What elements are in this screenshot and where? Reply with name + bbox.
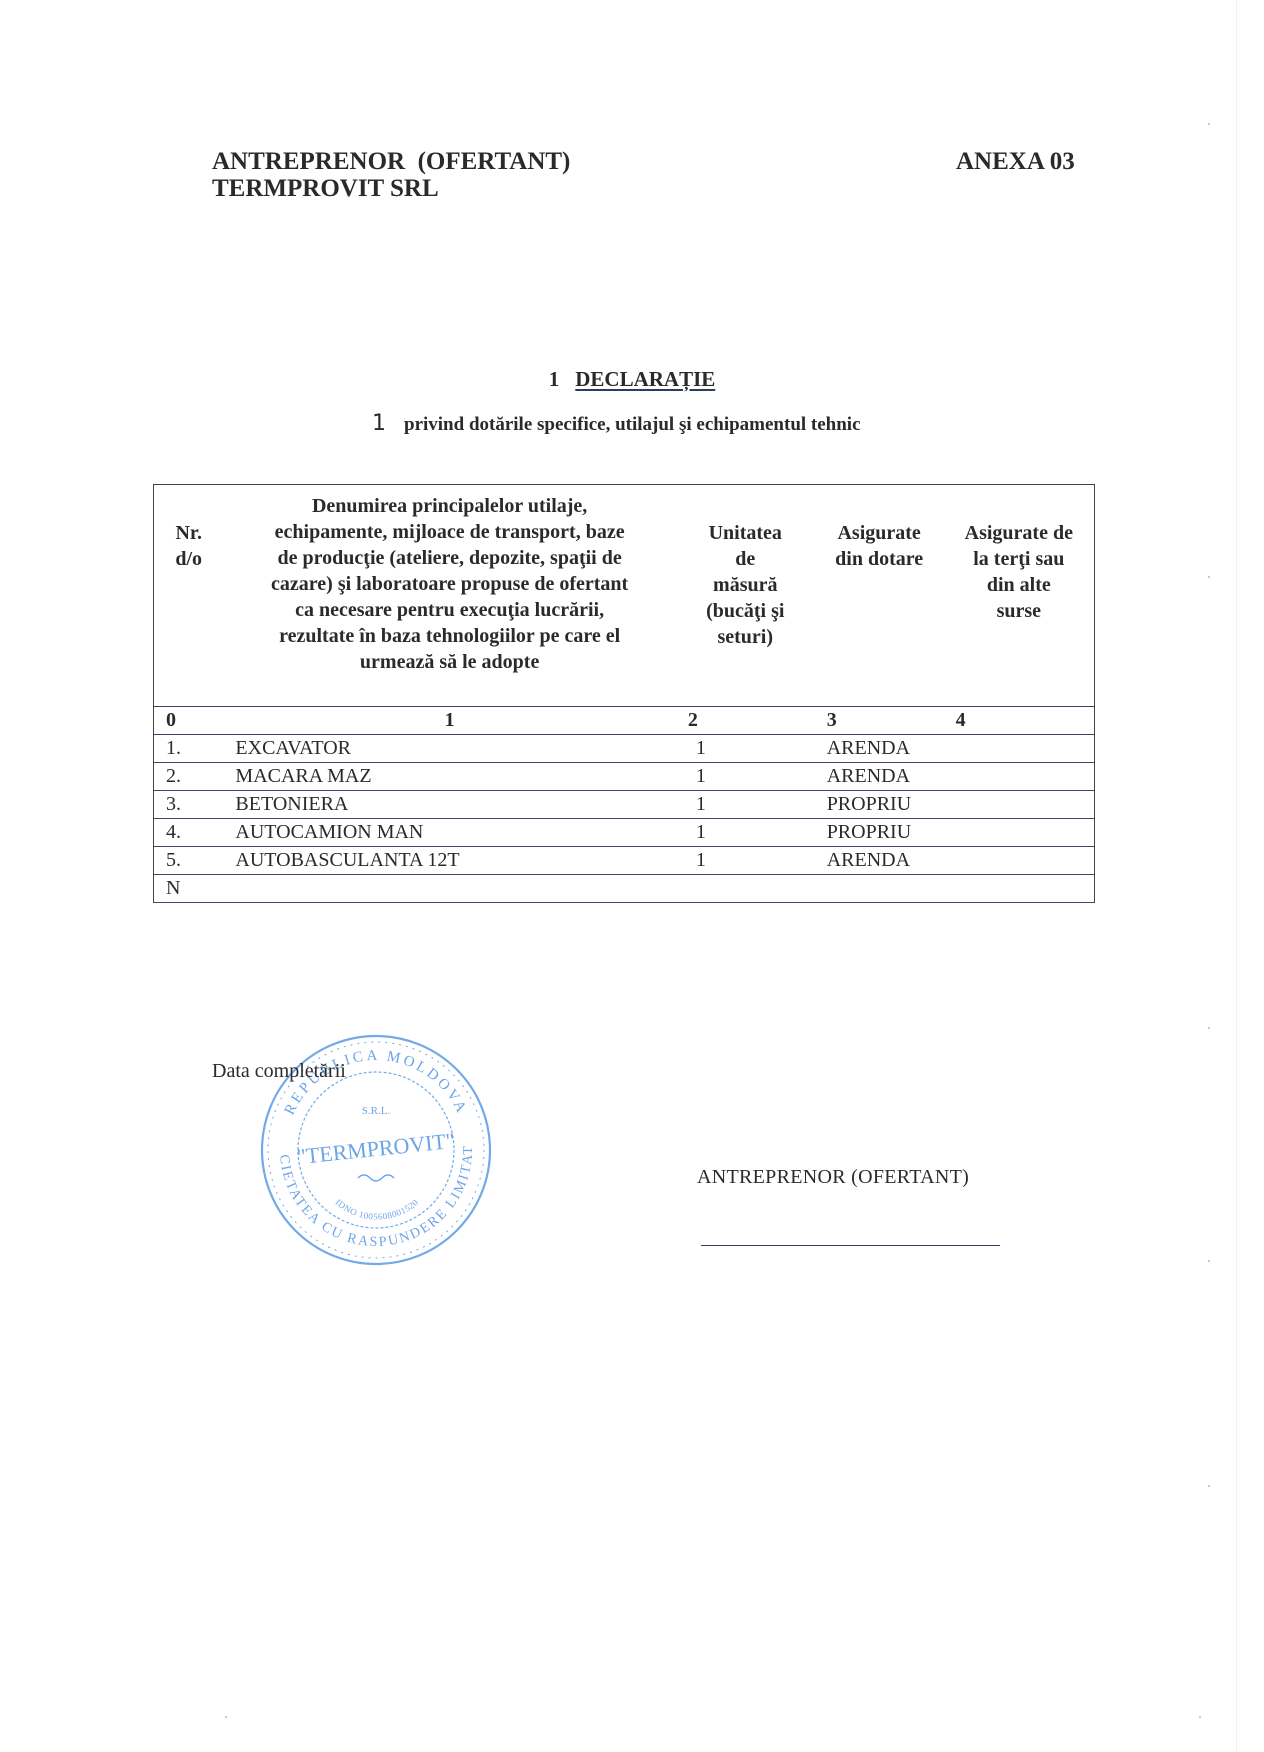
header-line: de <box>676 546 815 572</box>
table-row: 2. MACARA MAZ 1 ARENDA <box>154 763 1095 791</box>
header-line: urmează să le adopte <box>223 649 675 675</box>
contractor-role: ANTREPRENOR (OFERTANT) <box>212 148 570 175</box>
equipment-name: AUTOCAMION MAN <box>223 819 675 847</box>
own-equipment: ARENDA <box>815 763 944 791</box>
header-line: (bucăţi şi <box>676 598 815 624</box>
third-party <box>944 847 1095 875</box>
table-row: 1. EXCAVATOR 1 ARENDA <box>154 735 1095 763</box>
header-line: echipamente, mijloace de transport, baze <box>223 519 675 545</box>
equipment-name: BETONIERA <box>223 791 675 819</box>
unit-quantity: 1 <box>676 735 815 763</box>
column-index: 1 <box>223 707 675 735</box>
scan-speck <box>1208 1027 1210 1029</box>
signature-label: ANTREPRENOR (OFERTANT) <box>697 1166 969 1189</box>
table-row: N <box>154 875 1095 903</box>
unit-quantity: 1 <box>676 791 815 819</box>
own-equipment: PROPRIU <box>815 819 944 847</box>
subtitle-text: privind dotările specifice, utilajul şi … <box>404 414 861 435</box>
header-line: ca necesare pentru execuţia lucrării, <box>223 597 675 623</box>
column-index-row: 0 1 2 3 4 <box>154 707 1095 735</box>
row-number: 5. <box>154 847 224 875</box>
stamp-idno: IDNO 1005608001520 <box>334 1197 421 1222</box>
header-line: de producţie (ateliere, depozite, spaţii… <box>223 545 675 571</box>
third-party <box>944 875 1095 903</box>
header-nr: Nr. d/o <box>154 485 224 707</box>
scan-speck <box>1208 1260 1210 1262</box>
scan-speck <box>1199 1716 1201 1718</box>
header-line: la terţi sau <box>944 546 1094 572</box>
equipment-name: AUTOBASCULANTA 12T <box>223 847 675 875</box>
header-line: d/o <box>154 546 223 572</box>
header-line: din alte <box>944 572 1094 598</box>
subtitle-number: 1 <box>372 411 386 436</box>
header-line: Unitatea <box>676 520 815 546</box>
header-line: Denumirea principalelor utilaje, <box>223 493 675 519</box>
column-index: 4 <box>944 707 1095 735</box>
scan-speck <box>225 1716 227 1718</box>
own-equipment: PROPRIU <box>815 791 944 819</box>
third-party <box>944 763 1095 791</box>
header-name: Denumirea principalelor utilaje, echipam… <box>223 485 675 707</box>
equipment-name: EXCAVATOR <box>223 735 675 763</box>
third-party <box>944 791 1095 819</box>
equipment-table: Nr. d/o Denumirea principalelor utilaje,… <box>153 484 1095 903</box>
completion-date-label: Data completării <box>212 1060 346 1083</box>
column-index: 2 <box>676 707 815 735</box>
header-third-party: Asigurate de la terţi sau din alte surse <box>944 485 1095 707</box>
row-number: 4. <box>154 819 224 847</box>
header-line: din dotare <box>815 546 944 572</box>
scan-edge <box>1236 0 1237 1752</box>
third-party <box>944 819 1095 847</box>
unit-quantity: 1 <box>676 819 815 847</box>
unit-quantity <box>676 875 815 903</box>
signature-line <box>701 1245 1000 1246</box>
header-line: Asigurate <box>815 520 944 546</box>
document-subtitle: 1privind dotările specifice, utilajul şi… <box>372 411 861 436</box>
column-index: 3 <box>815 707 944 735</box>
annex-label: ANEXA 03 <box>956 148 1075 175</box>
header-unit: Unitatea de măsură (bucăţi şi seturi) <box>676 485 815 707</box>
own-equipment: ARENDA <box>815 735 944 763</box>
table-row: 3. BETONIERA 1 PROPRIU <box>154 791 1095 819</box>
header-line: măsură <box>676 572 815 598</box>
table-row: 4. AUTOCAMION MAN 1 PROPRIU <box>154 819 1095 847</box>
equipment-name: MACARA MAZ <box>223 763 675 791</box>
table-row: 5. AUTOBASCULANTA 12T 1 ARENDA <box>154 847 1095 875</box>
scan-speck <box>1208 576 1210 578</box>
header-line: cazare) şi laboratoare propuse de oferta… <box>223 571 675 597</box>
stamp-type: S.R.L. <box>362 1105 391 1117</box>
own-equipment <box>815 875 944 903</box>
equipment-name <box>223 875 675 903</box>
row-number: 1. <box>154 735 224 763</box>
header-own-equipment: Asigurate din dotare <box>815 485 944 707</box>
contractor-name: TERMPROVIT SRL <box>212 175 570 202</box>
unit-quantity: 1 <box>676 847 815 875</box>
row-number: 3. <box>154 791 224 819</box>
third-party <box>944 735 1095 763</box>
unit-quantity: 1 <box>676 763 815 791</box>
stamp-signature-mark <box>358 1175 394 1181</box>
scan-speck <box>1208 123 1210 125</box>
title-text: DECLARAȚIE <box>575 367 715 391</box>
title-number: 1 <box>549 367 560 391</box>
header-line: surse <box>944 598 1094 624</box>
own-equipment: ARENDA <box>815 847 944 875</box>
scan-speck <box>1208 1485 1210 1487</box>
document-title: 1DECLARAȚIE <box>0 367 1264 392</box>
stamp-company: "TERMPROVIT" <box>296 1128 456 1169</box>
contractor-header: ANTREPRENOR (OFERTANT) TERMPROVIT SRL <box>212 148 570 202</box>
row-number: 2. <box>154 763 224 791</box>
column-index: 0 <box>154 707 224 735</box>
header-line: Nr. <box>154 520 223 546</box>
header-line: rezultate în baza tehnologiilor pe care … <box>223 623 675 649</box>
row-number: N <box>154 875 224 903</box>
table-header-row: Nr. d/o Denumirea principalelor utilaje,… <box>154 485 1095 707</box>
header-line: seturi) <box>676 624 815 650</box>
header-line: Asigurate de <box>944 520 1094 546</box>
